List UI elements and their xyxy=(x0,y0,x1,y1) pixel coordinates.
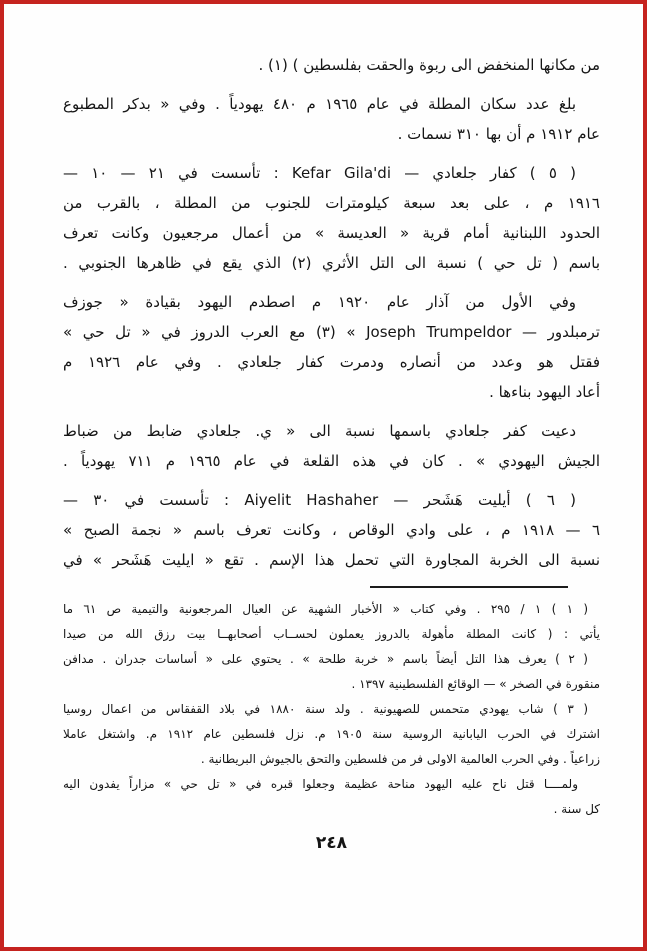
footnote-line: زراعياً . وفي الحرب العالمية الاولى فر م… xyxy=(63,747,600,772)
body-line: وفي الأول من آذار عام ١٩٢٠ م اصطدم اليهو… xyxy=(63,287,600,317)
page-content: من مكانها المنخفض الى ربوة والحقت بفلسطي… xyxy=(4,4,643,853)
body-line: ١٩١٦ م ، على بعد سبعة كيلومترات للجنوب م… xyxy=(63,188,600,218)
body-line: الحدود اللبنانية أمام قرية « العديسة » م… xyxy=(63,218,600,248)
body-line: فقتل هو وعدد من أنصاره ودمرت كفار جلعادي… xyxy=(63,347,600,377)
body-line: نسبة الى الخربة المجاورة التي تحمل هذا ا… xyxy=(63,545,600,575)
section-6-heading: ( ٦ ) أيليت هَشَحر — Aiyelit Hashaher : … xyxy=(63,485,600,515)
section-5-heading: ( ٥ ) كفار جلعادي — Kefar Gila'di : تأسس… xyxy=(63,158,600,188)
body-line: أعاد اليهود بناءها . xyxy=(63,377,600,407)
footnote-line: منقورة في الصخر » — الوقائع الفلسطينية ١… xyxy=(63,672,600,697)
body-line: باسم ( تل حي ) نسبة الى التل الأثري (٢) … xyxy=(63,248,600,278)
page-number: ٢٤٨ xyxy=(63,833,600,853)
body-line: ترمبلدور — Joseph Trumpeldor » (٣) مع ال… xyxy=(63,317,600,347)
body-line: من مكانها المنخفض الى ربوة والحقت بفلسطي… xyxy=(63,50,600,80)
body-line: عام ١٩١٢ م أن بها ٣١٠ نسمات . xyxy=(63,119,600,149)
body-line: ٦ — ١٩١٨ م ، على وادي الوقاص ، وكانت تعر… xyxy=(63,515,600,545)
footnote-separator xyxy=(370,586,568,588)
body-line: دعيت كفر جلعادي باسمها نسبة الى « ي. جلع… xyxy=(63,416,600,446)
footnote-line: ( ٣ ) شاب يهودي متحمس للصهيونية . ولد سن… xyxy=(63,697,600,722)
footnote-line: اشترك في الحرب اليابانية الروسية سنة ١٩٠… xyxy=(63,722,600,747)
footnote-line: ( ٢ ) يعرف هذا التل أيضاً باسم « خربة طل… xyxy=(63,647,600,672)
body-line: بلغ عدد سكان المطلة في عام ١٩٦٥ م ٤٨٠ يه… xyxy=(63,89,600,119)
footnote-line: يأتي : ( كانت المطلة مأهولة بالدروز يعمل… xyxy=(63,622,600,647)
footnote-line: كل سنة . xyxy=(63,797,600,822)
body-line: الجيش اليهودي » . كان في هذه القلعة في ع… xyxy=(63,446,600,476)
footnote-line: ولمــــا قتل ناح عليه اليهود مناحة عظيمة… xyxy=(63,772,600,797)
book-page: من مكانها المنخفض الى ربوة والحقت بفلسطي… xyxy=(0,0,647,951)
footnote-line: ( ١ ) ١ / ٢٩٥ . وفي كتاب « الأخبار الشهي… xyxy=(63,597,600,622)
